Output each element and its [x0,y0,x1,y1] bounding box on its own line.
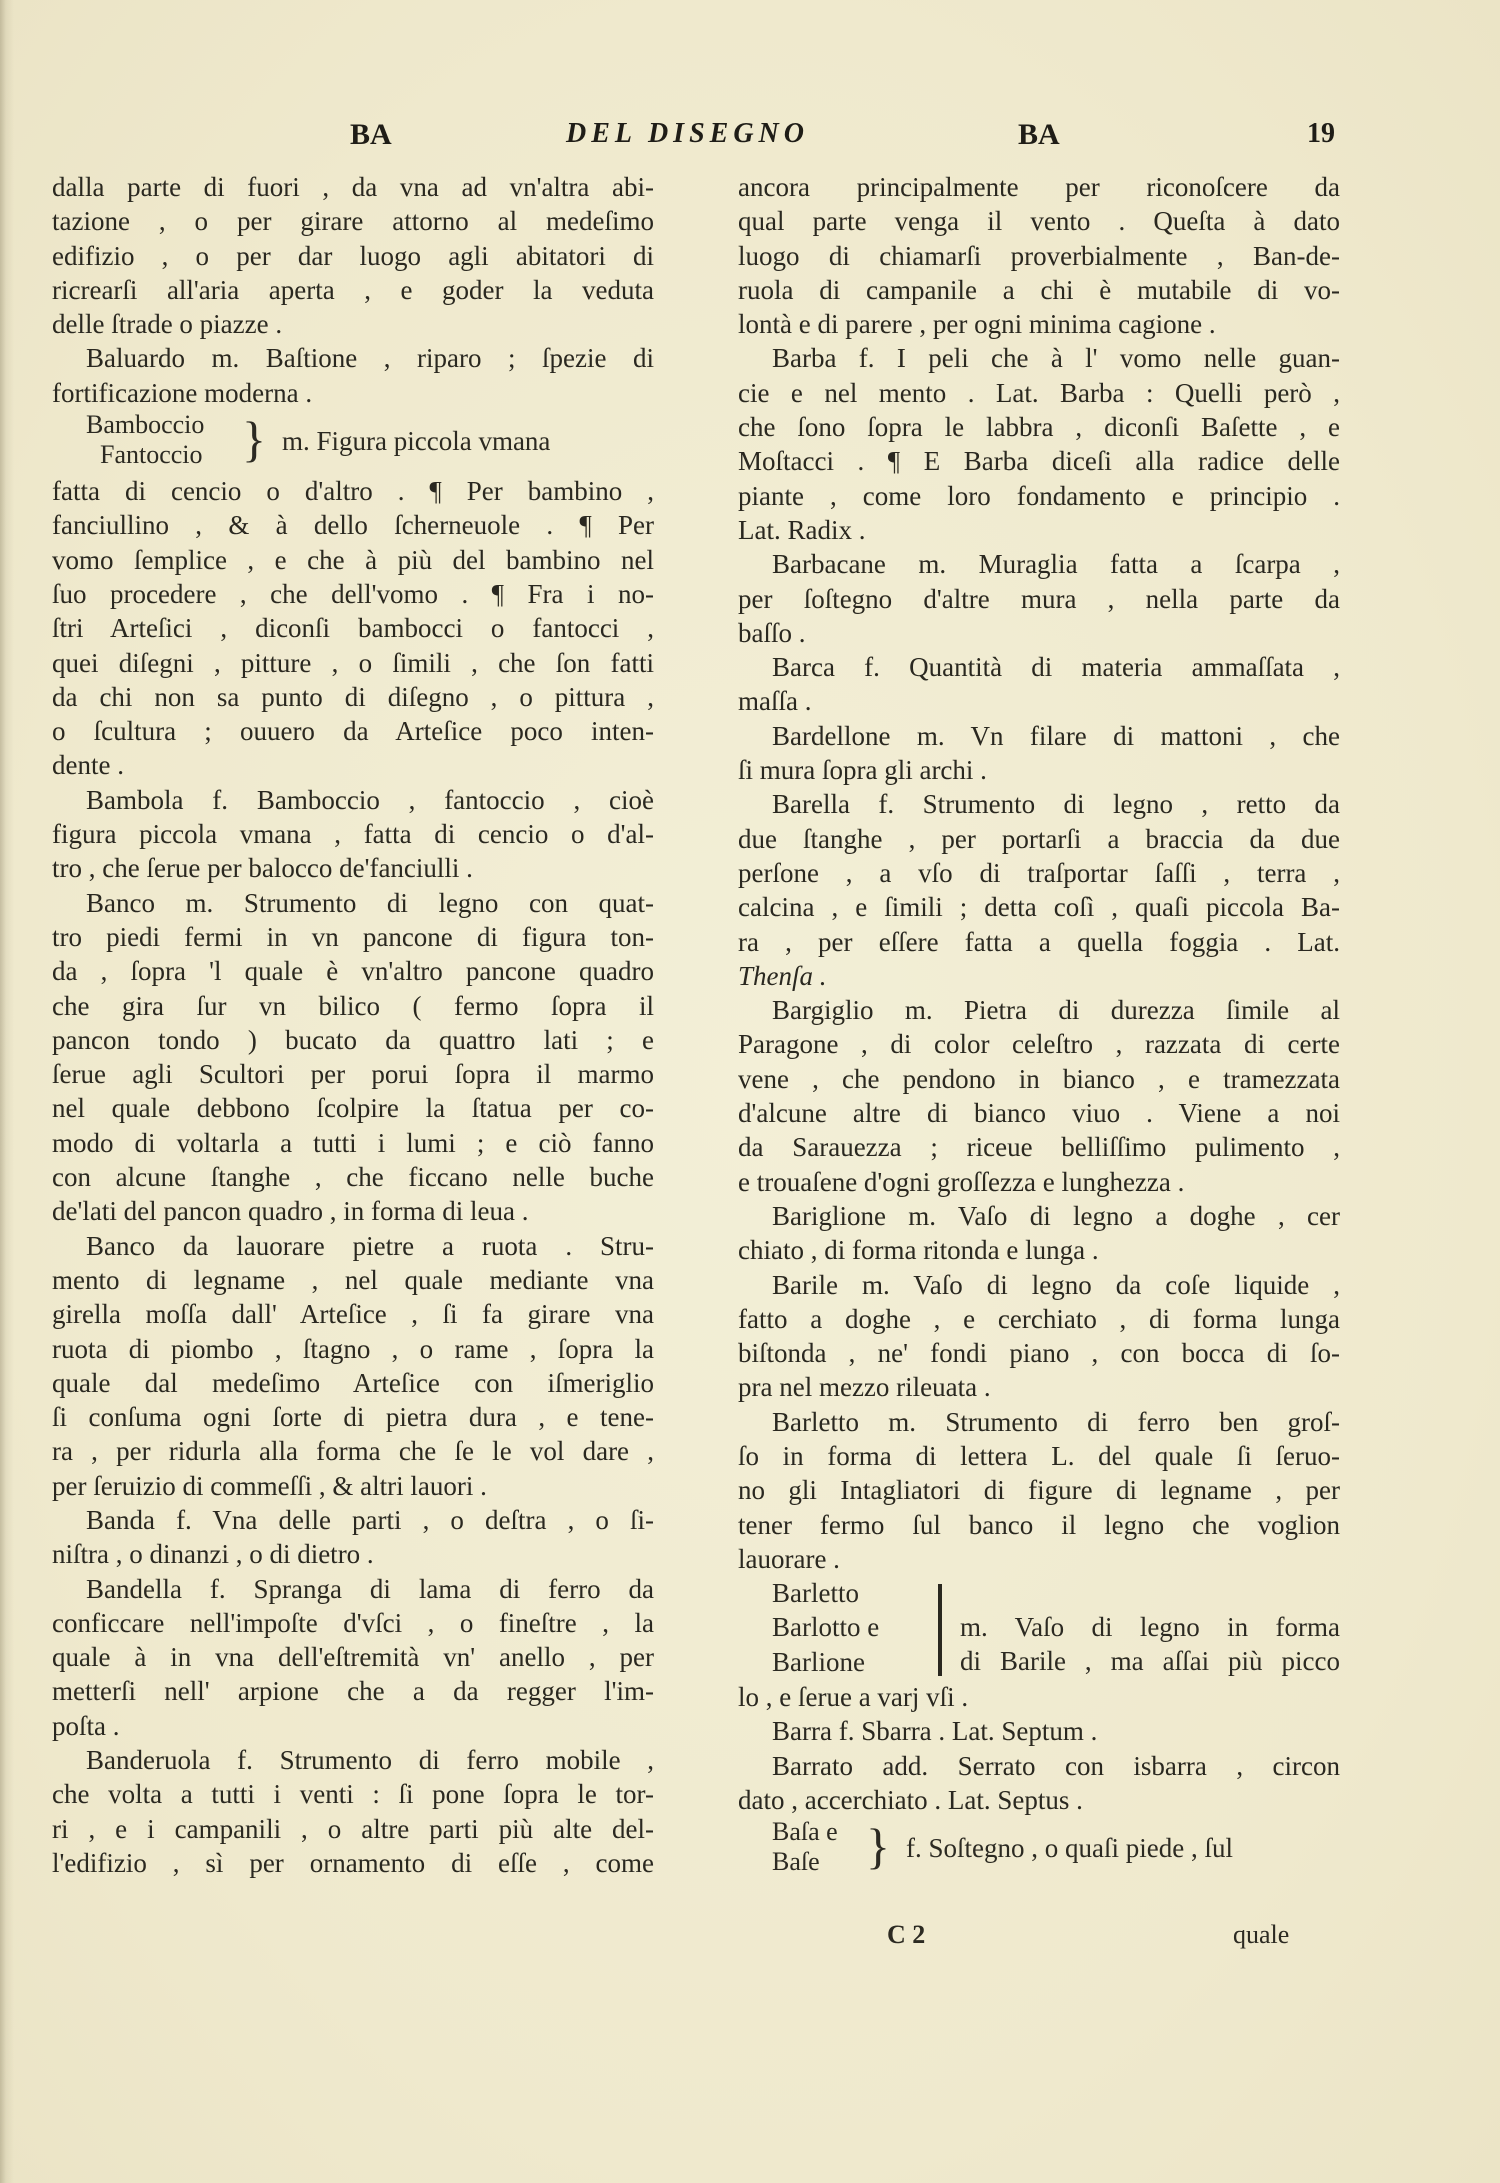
text-line: da chi non sa punto di diſegno , o pittu… [52,680,654,714]
entry-headline: Barca f. Quantità di materia ammaſſata , [738,650,1340,684]
text-line: ricrearſi all'aria aperta , e goder la v… [52,273,654,307]
entry-headline: Barbacane m. Muraglia fatta a ſcarpa , [738,547,1340,581]
text-line: quei diſegni , pitture , o ſimili , che … [52,646,654,680]
entry-barletto-group: Barletto Barlotto e Barlione m. Vaſo di … [738,1576,1340,1714]
entry-headline: Banco da lauorare pietre a ruota . Stru- [52,1229,654,1263]
text-line: lontà e di parere , per ogni minima cagi… [738,307,1340,341]
entry-barba: Barba f. I peli che à l' vomo nelle guan… [738,341,1340,547]
text-line: Moſtacci . ¶ E Barba diceſi alla radice … [738,444,1340,478]
text-line: per ſeruizio di commeſſi , & altri lauor… [52,1469,654,1503]
text-line: ancora principalmente per riconoſcere da [738,170,1340,204]
signature-mark: C 2 [887,1920,925,1950]
headword: Barlotto e [772,1610,879,1644]
text-line: piante , come loro fondamento e principi… [738,479,1340,513]
text-line: o ſcultura ; ouuero da Arteſice poco int… [52,714,654,748]
entry-headline: Banda f. Vna delle parti , o deſtra , o … [52,1503,654,1537]
text-line: che gira ſur vn bilico ( fermo ſopra il [52,989,654,1023]
entry-barella: Barella f. Strumento di legno , retto da… [738,787,1340,993]
entry-headline: Barile m. Vaſo di legno da coſe liquide … [738,1268,1340,1302]
grouping-bar [938,1584,942,1676]
text-line: biſtonda , ne' fondi piano , con bocca d… [738,1336,1340,1370]
text-line: che ſono ſopra le labbra , diconſi Baſet… [738,410,1340,444]
headword-terms: Barletto Barlotto e Barlione [772,1576,879,1679]
text-line: poſta . [52,1709,654,1743]
entry-headline: Bardellone m. Vn filare di mattoni , che [738,719,1340,753]
right-column: ancora principalmente per riconoſcere da… [738,170,1340,1881]
page-number: 19 [1307,118,1335,150]
text-line: cie e nel mento . Lat. Barba : Quelli pe… [738,376,1340,410]
definition-start: m. Figura piccola vmana [282,426,550,457]
entry-headline: Bargiglio m. Pietra di durezza ſimile al [738,993,1340,1027]
text-line: ſi conſuma ogni ſorte di pietra dura , e… [52,1400,654,1434]
text-line: conficcare nell'impoſte d'vſci , o fineſ… [52,1606,654,1640]
definition-start: f. Soſtegno , o quaſi piede , ſul [906,1833,1233,1864]
text-line: lauorare . [738,1542,1340,1576]
text-line: ſo in forma di lettera L. del quale ſi ſ… [738,1439,1340,1473]
text-line: fatto a doghe , e cerchiato , di forma l… [738,1302,1340,1336]
headword-terms: Baſa e Baſe [772,1817,838,1877]
headword: Fantoccio [86,440,204,470]
text-line: d'alcune altre di bianco viuo . Viene a … [738,1096,1340,1130]
text-line: pra nel mezzo rileuata . [738,1370,1340,1404]
brace-headword-group: Bamboccio Fantoccio } m. Figura piccola … [52,410,654,474]
text-line: fortificazione moderna . [52,376,654,410]
entry-headline: Baluardo m. Baſtione , riparo ; ſpezie d… [52,341,654,375]
left-column: dalla parte di fuori , da vna ad vn'altr… [52,170,654,1880]
text-line: Paragone , di color celeſtro , razzata d… [738,1027,1340,1061]
text-line: tener fermo ſul banco il legno che vogli… [738,1508,1340,1542]
entry-continuation: ancora principalmente per riconoſcere da… [738,170,1340,341]
entry-bargiglio: Bargiglio m. Pietra di durezza ſimile al… [738,993,1340,1199]
text-line: Lat. Radix . [738,513,1340,547]
text-line: edifizio , o per dar luogo agli abitator… [52,239,654,273]
catchword: quale [1233,1920,1289,1950]
text-line: maſſa . [738,684,1340,718]
text-line: dente . [52,748,654,782]
text-line: Thenſa . [738,959,1340,993]
entry-headline: Barrato add. Serrato con isbarra , circo… [738,1749,1340,1783]
brace-glyph: } [242,410,266,468]
entry-headline: Bariglione m. Vaſo di legno a doghe , ce… [738,1199,1340,1233]
text-line: ra , per ridurla alla forma che ſe le vo… [52,1434,654,1468]
text-line: con alcune ſtanghe , che ficcano nelle b… [52,1160,654,1194]
text-line: per ſoſtegno d'altre mura , nella parte … [738,582,1340,616]
text-line: pancon tondo ) bucato da quattro lati ; … [52,1023,654,1057]
text-line: figura piccola vmana , fatta di cencio o… [52,817,654,851]
text-line: da , ſopra 'l quale è vn'altro pancone q… [52,954,654,988]
text-line: de'lati del pancon quadro , in forma di … [52,1194,654,1228]
text-line: ſerue agli Scultori per porui ſopra il m… [52,1057,654,1091]
text-line: qual parte venga il vento . Queſta à dat… [738,204,1340,238]
entry-bardellone: Bardellone m. Vn filare di mattoni , che… [738,719,1340,788]
text-line: girella moſſa dall' Arteſice , ſi fa gir… [52,1297,654,1331]
running-title: DEL DISEGNO [566,118,809,150]
text-line: ruola di campanile a chi è mutabile di v… [738,273,1340,307]
text-line: ruota di piombo , ſtagno , o rame , ſopr… [52,1332,654,1366]
entry-banco: Banco m. Strumento di legno con quat- tr… [52,886,654,1229]
headword: Barletto [772,1576,879,1610]
brace-headword-group: Baſa e Baſe } f. Soſtegno , o quaſi pied… [738,1817,1340,1881]
text-line: nel quale debbono ſcolpire la ſtatua per… [52,1091,654,1125]
text-line: metterſi nell' arpione che a da regger l… [52,1674,654,1708]
text-line: ri , e i campanili , o altre parti più a… [52,1812,654,1846]
entry-basa: Baſa e Baſe } f. Soſtegno , o quaſi pied… [738,1817,1340,1881]
text-line: tazione , o per girare attorno al medeſi… [52,204,654,238]
text-line: ſtri Arteſici , diconſi bambocci o fanto… [52,611,654,645]
entry-headline: Bandella f. Spranga di lama di ferro da [52,1572,654,1606]
section-letters-right: BA [1018,118,1060,152]
entry-headline: Barra f. Sbarra . Lat. Septum . [738,1714,1340,1748]
text-line: m. Vaſo di legno in forma [960,1610,1340,1644]
scanned-page: BA DEL DISEGNO BA 19 dalla parte di fuor… [0,0,1500,2183]
text-line: due ſtanghe , per portarſi a braccia da … [738,822,1340,856]
entry-headline: Bambola f. Bamboccio , fantoccio , cioè [52,783,654,817]
text-line: l'edifizio , sì per ornamento di eſſe , … [52,1846,654,1880]
text-line: mento di legname , nel quale mediante vn… [52,1263,654,1297]
text-line: tro , che ſerue per balocco de'fanciulli… [52,851,654,885]
entry-baluardo: Baluardo m. Baſtione , riparo ; ſpezie d… [52,341,654,410]
text-line: chiato , di forma ritonda e lunga . [738,1233,1340,1267]
entry-bariglione: Bariglione m. Vaſo di legno a doghe , ce… [738,1199,1340,1268]
text-line: luogo di chiamarſi proverbialmente , Ban… [738,239,1340,273]
headword: Bamboccio [86,410,204,440]
entry-headline: Barella f. Strumento di legno , retto da [738,787,1340,821]
text-line: quale à in vna dell'eſtremità vn' anello… [52,1640,654,1674]
text-line: dato , accerchiato . Lat. Septus . [738,1783,1340,1817]
entry-banco-da-lauorare: Banco da lauorare pietre a ruota . Stru-… [52,1229,654,1503]
text-line: no gli Intagliatori di figure di legname… [738,1473,1340,1507]
text-line: tro piedi fermi in vn pancone di figura … [52,920,654,954]
bar-headword-group: Barletto Barlotto e Barlione m. Vaſo di … [738,1576,1340,1680]
headword: Barlione [772,1645,879,1679]
headword-terms: Bamboccio Fantoccio [86,410,204,470]
text-line: delle ſtrade o piazze . [52,307,654,341]
entry-headline: Banco m. Strumento di legno con quat- [52,886,654,920]
entry-barbacane: Barbacane m. Muraglia fatta a ſcarpa , p… [738,547,1340,650]
page-footer: C 2 quale [0,1920,1500,1960]
text-line: baſſo . [738,616,1340,650]
text-line: perſone , a vſo di traſportar ſaſſi , te… [738,856,1340,890]
definition-start: m. Vaſo di legno in forma di Barile , ma… [960,1610,1340,1679]
text-line: quale dal medeſimo Arteſice con iſmerigl… [52,1366,654,1400]
running-header: BA DEL DISEGNO BA 19 [0,118,1500,158]
text-line: niſtra , o dinanzi , o di dietro . [52,1537,654,1571]
text-line: lo , e ſerue a varj vſi . [738,1680,1340,1714]
text-line: e trouaſene d'ogni groſſezza e lunghezza… [738,1165,1340,1199]
entry-barra: Barra f. Sbarra . Lat. Septum . [738,1714,1340,1748]
brace-glyph: } [866,1817,890,1875]
text-line: da Sarauezza ; riceue belliſſimo pulimen… [738,1130,1340,1164]
entry-continuation: dalla parte di fuori , da vna ad vn'altr… [52,170,654,341]
entry-bandella: Bandella f. Spranga di lama di ferro da … [52,1572,654,1743]
text-line: ſi mura ſopra gli archi . [738,753,1340,787]
entry-barca: Barca f. Quantità di materia ammaſſata ,… [738,650,1340,719]
headword: Baſa e [772,1817,838,1847]
text-line: fanciullino , & à dello ſcherneuole . ¶ … [52,508,654,542]
headword: Baſe [772,1847,838,1877]
text-line: ra , per eſſere fatta a quella foggia . … [738,925,1340,959]
text-line: calcina , e ſimili ; detta coſì , quaſi … [738,890,1340,924]
section-letters-left: BA [350,118,392,152]
text-line: modo di voltarla a tutti i lumi ; e ciò … [52,1126,654,1160]
entry-bambola: Bambola f. Bamboccio , fantoccio , cioè … [52,783,654,886]
entry-barile: Barile m. Vaſo di legno da coſe liquide … [738,1268,1340,1405]
text-line: di Barile , ma aſſai più picco [960,1644,1340,1678]
text-line: dalla parte di fuori , da vna ad vn'altr… [52,170,654,204]
entry-banderuola: Banderuola f. Strumento di ferro mobile … [52,1743,654,1880]
text-line: che volta a tutti i venti : ſi pone ſopr… [52,1777,654,1811]
entry-bamboccio: Bamboccio Fantoccio } m. Figura piccola … [52,410,654,783]
entry-headline: Barletto m. Strumento di ferro ben groſ- [738,1405,1340,1439]
entry-headline: Barba f. I peli che à l' vomo nelle guan… [738,341,1340,375]
entry-barletto: Barletto m. Strumento di ferro ben groſ-… [738,1405,1340,1576]
text-line: vene , che pendono in bianco , e tramezz… [738,1062,1340,1096]
text-line: ſuo procedere , che dell'vomo . ¶ Fra i … [52,577,654,611]
entry-barrato: Barrato add. Serrato con isbarra , circo… [738,1749,1340,1818]
entry-banda: Banda f. Vna delle parti , o deſtra , o … [52,1503,654,1572]
text-line: fatta di cencio o d'altro . ¶ Per bambin… [52,474,654,508]
entry-headline: Banderuola f. Strumento di ferro mobile … [52,1743,654,1777]
text-line: vomo ſemplice , e che à più del bambino … [52,543,654,577]
